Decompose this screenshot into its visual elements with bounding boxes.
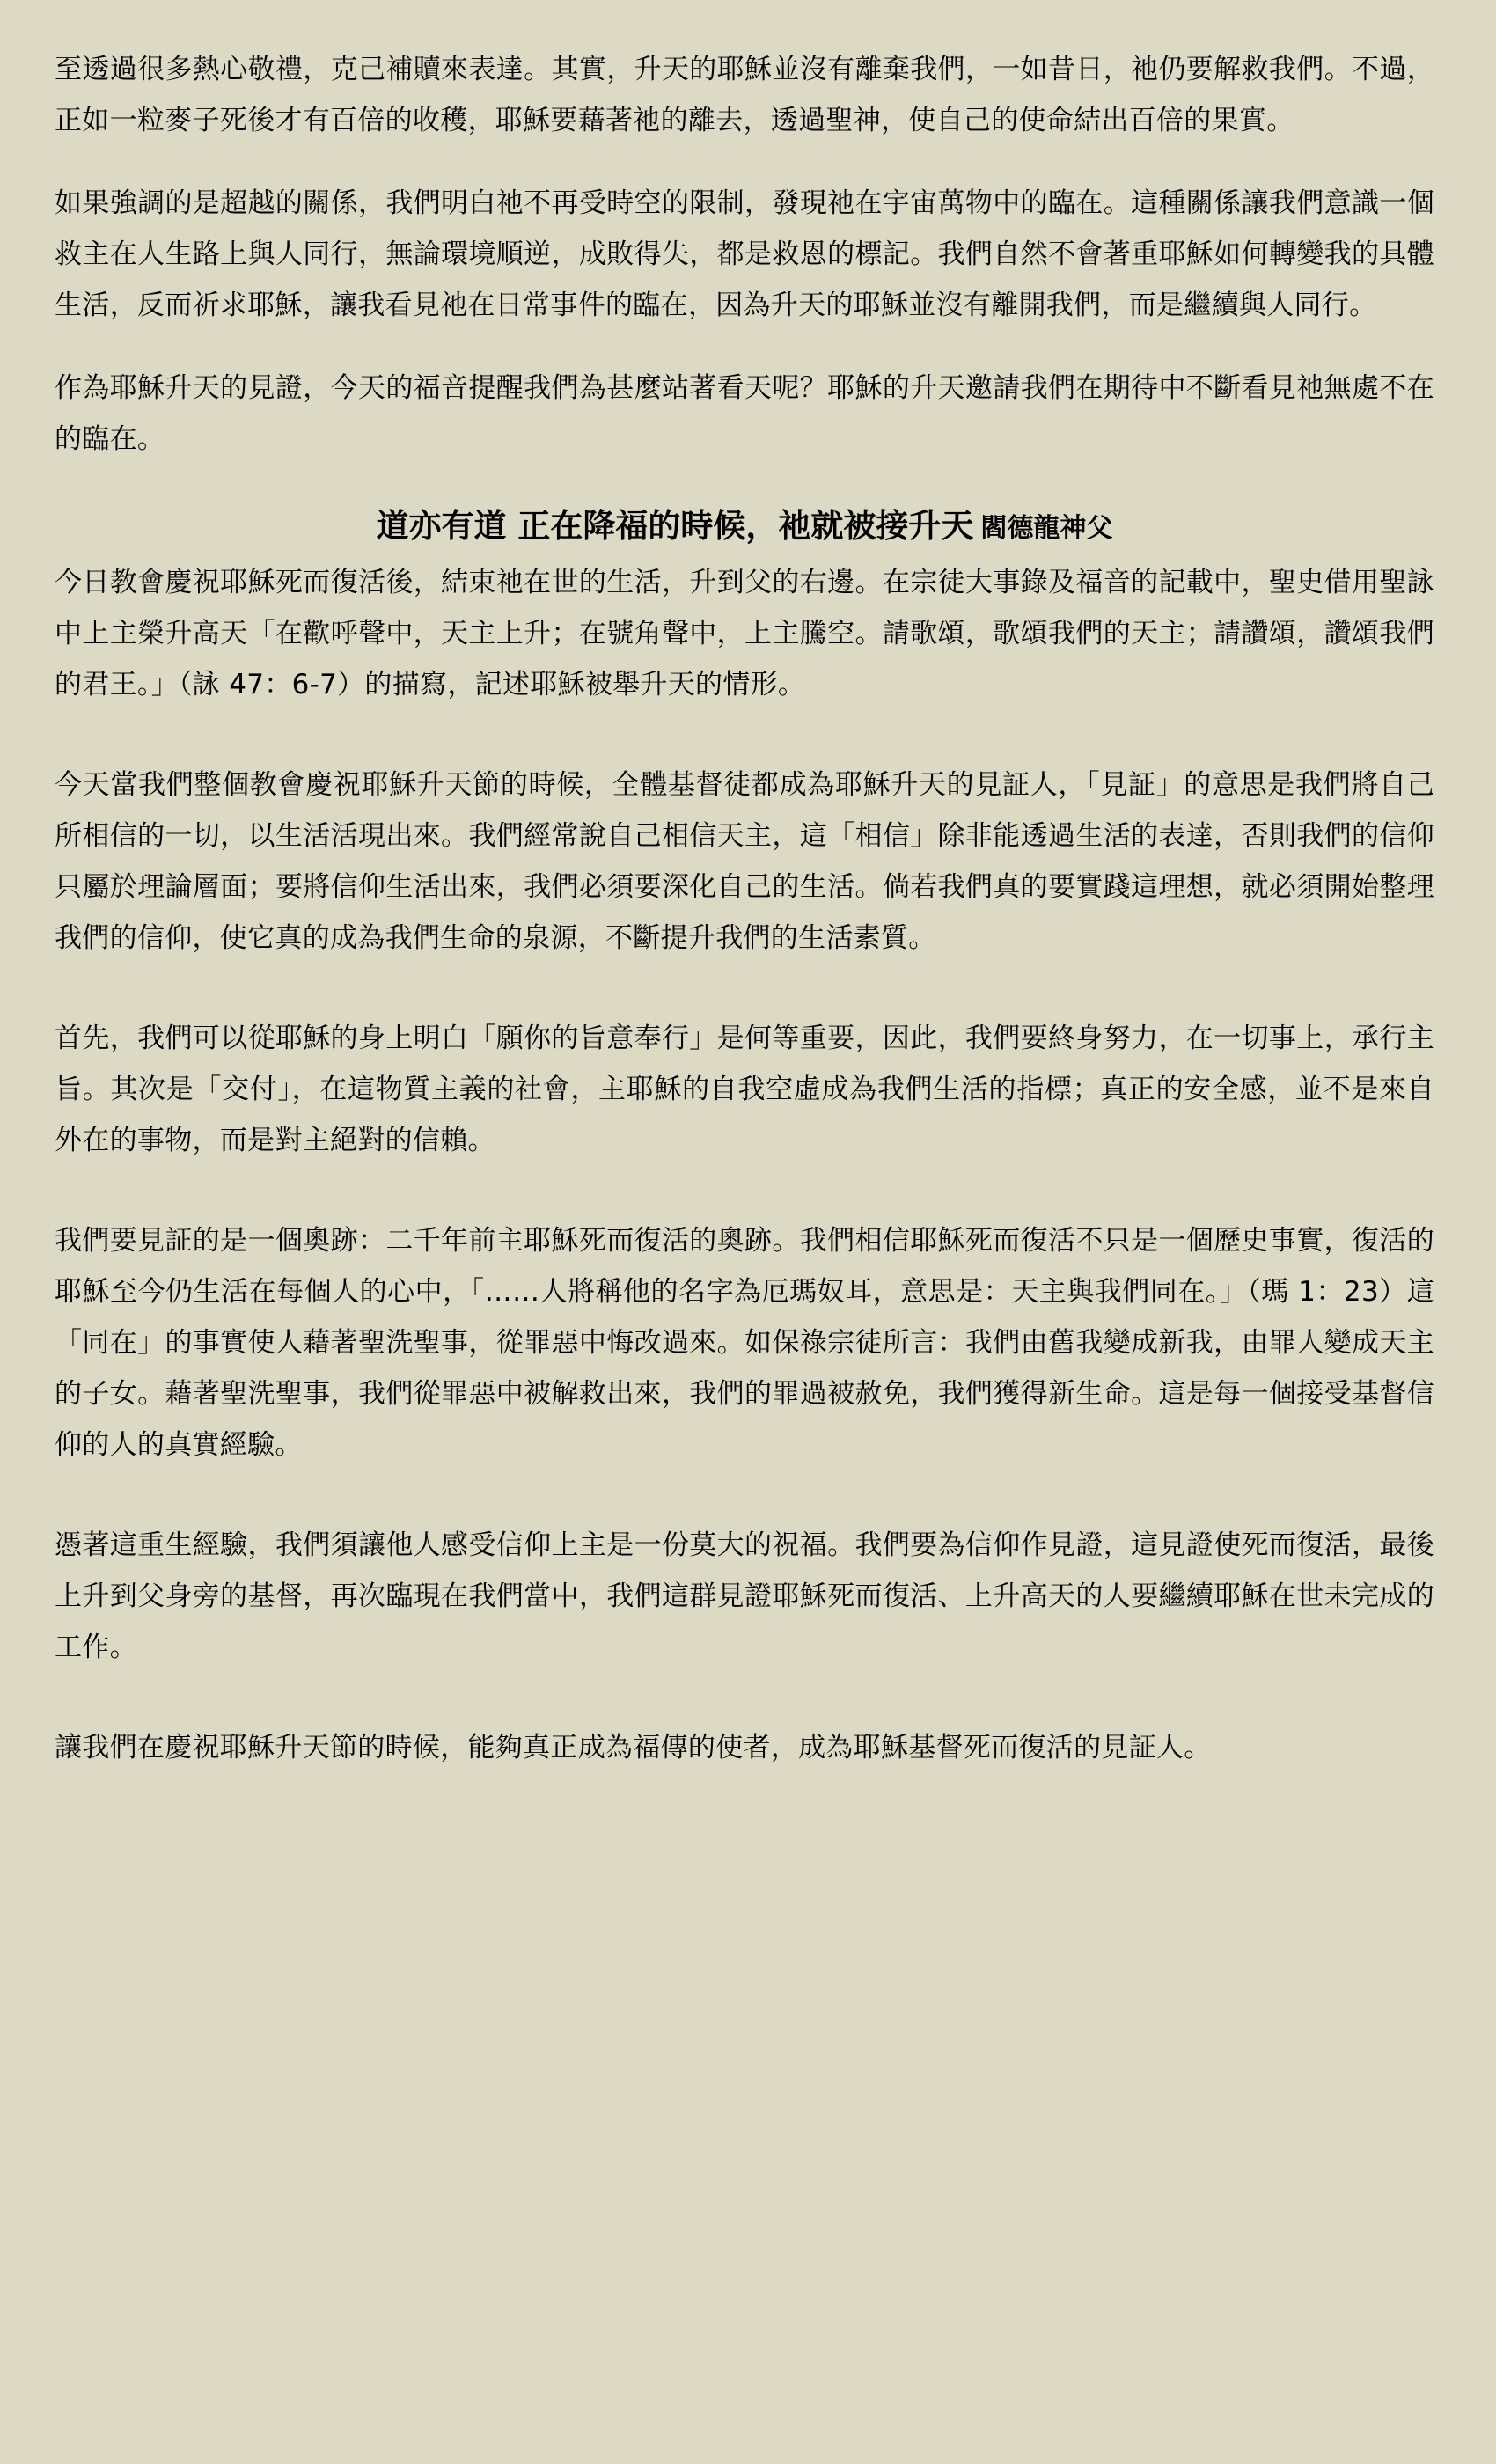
article-paragraph: 讓我們在慶祝耶穌升天節的時候，能夠真正成為福傳的使者，成為耶穌基督死而復活的見証… [55,1722,1434,1773]
article-title-text: 道亦有道 正在降福的時候，祂就被接升天 [377,507,974,545]
article-paragraph: 首先，我們可以從耶穌的身上明白「願你的旨意奉行」是何等重要，因此，我們要終身努力… [55,1013,1434,1166]
paragraph-spacer [55,146,1434,178]
article-page: 至透過很多熱心敬禮，克己補贖來表達。其實，升天的耶穌並沒有離棄我們，一如昔日，祂… [55,44,1434,1773]
intro-paragraph: 如果強調的是超越的關係，我們明白祂不再受時空的限制，發現祂在宇宙萬物中的臨在。這… [55,178,1434,331]
intro-paragraph: 至透過很多熱心敬禮，克己補贖來表達。其實，升天的耶穌並沒有離棄我們，一如昔日，祂… [55,44,1434,146]
paragraph-spacer [55,1673,1434,1722]
paragraph-spacer [55,1166,1434,1215]
article-paragraph: 我們要見証的是一個奧跡：二千年前主耶穌死而復活的奧跡。我們相信耶穌死而復活不只是… [55,1215,1434,1470]
paragraph-spacer [55,710,1434,759]
article-paragraph: 今天當我們整個教會慶祝耶穌升天節的時候，全體基督徒都成為耶穌升天的見証人，「見証… [55,759,1434,964]
article-paragraph: 憑著這重生經驗，我們須讓他人感受信仰上主是一份莫大的祝福。我們要為信仰作見證，這… [55,1520,1434,1673]
paragraph-spacer [55,331,1434,363]
article-author: 閻德龍神父 [980,513,1112,544]
article-title: 道亦有道 正在降福的時候，祂就被接升天閻德龍神父 [55,503,1434,552]
intro-paragraph: 作為耶穌升天的見證，今天的福音提醒我們為甚麼站著看天呢？耶穌的升天邀請我們在期待… [55,363,1434,465]
paragraph-spacer [55,964,1434,1013]
article-paragraph: 今日教會慶祝耶穌死而復活後，結束祂在世的生活，升到父的右邊。在宗徒大事錄及福音的… [55,557,1434,710]
paragraph-spacer [55,1470,1434,1520]
